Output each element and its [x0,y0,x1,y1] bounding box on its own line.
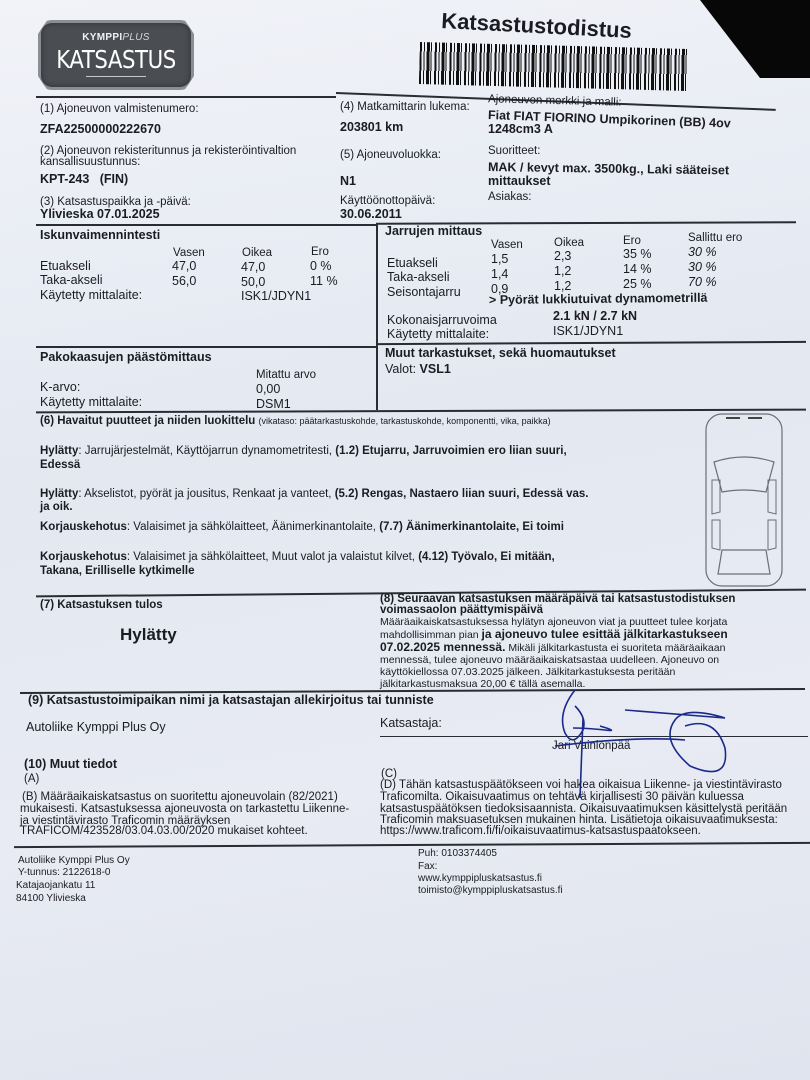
shock-row-right: 47,0 [241,260,265,274]
other-checks-title: Muut tarkastukset, sekä huomautukset [385,346,616,360]
brake-header-left: Vasen [491,238,523,252]
divider [36,96,336,98]
footer-phone: Puh: 0103374405 [418,847,497,861]
brake-row-allowed: 30 % [688,245,717,259]
brake-total-label: Kokonaisjarruvoima [387,313,497,327]
defect-desc: : Valaisimet ja sähkölaitteet, Muut valo… [127,551,418,563]
vin-label: (1) Ajoneuvon valmistenumero: [40,102,199,116]
column-divider [376,224,378,410]
vin-value: ZFA22500000222670 [40,122,161,136]
defect-level: Hylätty [40,445,78,457]
defect-code: (1.2) Etujarru, Jarruvoimien ero liian s… [335,445,566,457]
logo-underline [86,76,146,77]
brake-row-diff: 35 % [623,247,652,261]
brake-device-label: Käytetty mittalaite: [387,327,489,341]
defect-item-line2: Edessä [40,458,80,472]
other-info-a: (A) [24,772,39,786]
defect-desc: : Akselistot, pyörät ja jousitus, Renkaa… [78,488,334,500]
emissions-k-value: 0,00 [256,382,280,396]
brake-total-value: 2.1 kN / 2.7 kN [553,309,637,323]
defects-title: (6) Havaitut puutteet ja niiden luokitte… [40,414,551,428]
defects-title-text: (6) Havaitut puutteet ja niiden luokitte… [40,415,255,427]
lights-value: VSL1 [420,362,451,376]
class-value: N1 [340,174,356,188]
defects-subtitle: (vikataso: päätarkastuskohde, tarkastusk… [259,416,551,426]
document-title: Katsastustodistus [441,8,633,44]
make-line2: 1248cm3 A [488,122,553,136]
emissions-measured-header: Mitattu arvo [256,368,316,382]
shock-row-diff: 0 % [310,259,332,273]
lights-label: Valot: [385,362,416,376]
shock-header-diff: Ero [311,245,329,259]
defect-code: (4.12) Työvalo, Ei mitään, [418,551,555,563]
shock-device-label: Käytetty mittalaite: [40,288,142,302]
brake-header-right: Oikea [554,236,584,250]
brake-row-label: Etuakseli [387,256,438,270]
emissions-device-label: Käytetty mittalaite: [40,395,142,409]
performed-label: Suoritteet: [488,144,540,158]
inspection-certificate: KYMPPIPLUS KATSASTUS Katsastustodistus (… [0,0,810,1080]
signature-title: (9) Katsastustoimipaikan nimi ja katsast… [28,693,434,707]
footer-street: Katajaojankatu 11 [16,879,95,893]
brake-row-diff: 14 % [623,262,652,276]
barcode [419,42,688,91]
defect-code: (7.7) Äänimerkinantolaite, Ei toimi [379,521,564,533]
emissions-device-value: DSM1 [256,397,291,411]
other-info-title: (10) Muut tiedot [24,757,117,771]
shock-row-left: 47,0 [172,259,196,273]
defect-desc: : Jarrujärjestelmät, Käyttöjarrun dynamo… [78,445,335,457]
shock-test-title: Iskunvaimennintesti [40,228,160,242]
defect-level: Hylätty [40,488,78,500]
footer-postal: 84100 Ylivieska [16,892,86,906]
brake-note: > Pyörät lukkiutuivat dynamometrillä [489,291,708,307]
logo-top-italic: PLUS [122,32,149,43]
brake-row-left: 1,4 [491,267,508,281]
brake-device-value: ISK1/JDYN1 [553,324,623,338]
deadline-date: 07.02.2025 mennessä. [380,640,505,654]
inspector-label: Katsastaja: [380,716,442,730]
footer-business-id: Y-tunnus: 2122618-0 [18,866,111,880]
odometer-value: 203801 km [340,120,403,134]
shock-row-label: Etuakseli [40,259,91,273]
defect-item-line2: ja oik. [40,500,73,514]
defect-level: Korjauskehotus [40,551,127,563]
other-info-b: TRAFICOM/423528/03.04.03.00/2020 mukaise… [20,824,308,838]
shock-row-diff: 11 % [310,274,338,288]
brake-row-left: 1,5 [491,252,508,266]
brake-row-label: Seisontajarru [387,285,461,299]
defect-item: Korjauskehotus: Valaisimet ja sähkölaitt… [40,550,555,564]
footer-email[interactable]: toimisto@kymppipluskatsastus.fi [418,884,563,898]
divider [376,341,806,345]
defect-item: Hylätty: Akselistot, pyörät ja jousitus,… [40,487,588,501]
traficom-link[interactable]: https://www.traficom.fi/fi/oikaisuvaatim… [380,824,701,838]
brake-row-right: 1,2 [554,264,571,278]
divider [36,346,376,348]
text-bold-part: ja ajoneuvo tulee esittää jälkitarkastuk… [482,627,728,641]
shock-header-right: Oikea [242,246,272,260]
class-label: (5) Ajoneuvoluokka: [340,148,441,162]
result-title: (7) Katsastuksen tulos [40,598,163,612]
logo-main-text: KATSASTUS [52,45,180,74]
performed-line2: mittaukset [488,174,551,188]
shock-row-right: 50,0 [241,275,265,289]
defect-item: Korjauskehotus: Valaisimet ja sähkölaitt… [40,520,564,534]
logo-top-text: KYMPPI [82,32,122,43]
lights-row: Valot: VSL1 [385,362,451,376]
defect-desc: : Valaisimet ja sähkölaitteet, Äänimerki… [127,521,379,533]
brake-row-allowed: 70 % [688,275,717,289]
divider [36,409,806,413]
brake-test-title: Jarrujen mittaus [385,224,482,238]
kymppiplus-katsastus-logo: KYMPPIPLUS KATSASTUS [38,20,194,90]
first-use-value: 30.06.2011 [340,207,402,221]
brake-row-right: 2,3 [554,249,571,263]
odometer-label: (4) Matkamittarin lukema: [340,100,470,114]
first-use-label: Käyttöönottopäivä: [340,194,435,208]
car-diagram-icon [700,410,788,590]
brake-header-allowed: Sallittu ero [688,231,742,245]
result-value: Hylätty [120,625,177,645]
defect-level: Korjauskehotus [40,521,127,533]
shock-device-value: ISK1/JDYN1 [241,289,311,303]
emissions-title: Pakokaasujen päästömittaus [40,350,212,364]
make-label: Ajoneuvon merkki ja malli: [488,92,622,109]
divider [36,224,376,226]
brake-row-diff: 25 % [623,277,652,291]
shock-header-left: Vasen [173,246,205,260]
shock-row-left: 56,0 [172,274,196,288]
defect-item-line2: Takana, Erilliselle kytkimelle [40,564,195,578]
customer-label: Asiakas: [488,190,531,204]
emissions-k-label: K-arvo: [40,380,80,394]
brake-row-right: 1,2 [554,279,571,293]
defect-item: Hylätty: Jarrujärjestelmät, Käyttöjarrun… [40,444,567,458]
place-value: Ylivieska 07.01.2025 [40,207,160,221]
brake-row-allowed: 30 % [688,260,717,274]
shock-row-label: Taka-akseli [40,273,103,287]
reg-value: KPT-243 (FIN) [40,172,128,186]
brake-row-label: Taka-akseli [387,270,450,284]
defect-code: (5.2) Rengas, Nastaero liian suuri, Edes… [335,488,589,500]
brake-header-diff: Ero [623,234,641,248]
reg-label-line2: kansallisuustunnus: [40,155,140,169]
station-name: Autoliike Kymppi Plus Oy [26,720,166,734]
divider [14,842,810,848]
